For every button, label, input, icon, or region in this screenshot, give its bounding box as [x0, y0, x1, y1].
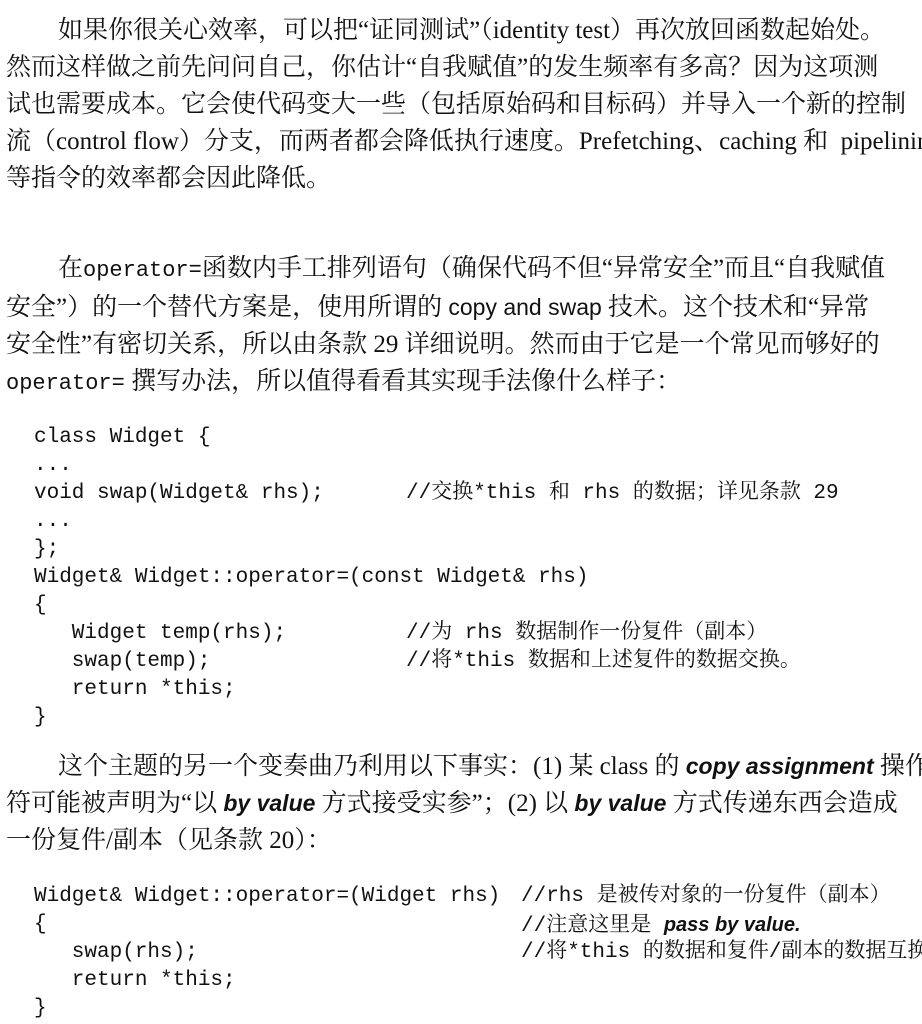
- text-line: 安全”）的一个替代方案是，使用所谓的 copy and swap 技术。这个技术…: [6, 289, 920, 326]
- text-line: 试也需要成本。它会使代码变大一些（包括原始码和目标码）并导入一个新的控制: [6, 86, 920, 123]
- code-comment: //为 rhs 数据制作一份复件（副本）: [406, 620, 767, 648]
- text-segment: //注意这里是: [521, 915, 664, 938]
- text-segment: //rhs 是被传对象的一份复件（副本）: [521, 885, 891, 908]
- code-line: }: [34, 704, 920, 732]
- code-text: Widget& Widget::operator=(const Widget& …: [34, 566, 589, 589]
- code-text: swap(rhs);: [34, 941, 198, 964]
- text-line: 等指令的效率都会因此降低。: [6, 160, 920, 197]
- text-line: 流（control flow）分支，而两者都会降低执行速度。Prefetchin…: [6, 123, 920, 160]
- text-segment: 操作: [874, 753, 922, 780]
- code-line: ...: [34, 452, 920, 480]
- text-segment: 如果你很关心效率，可以把“证同测试”（identity test）再次放回函数起…: [58, 17, 885, 44]
- text-line: 符可能被声明为“以 by value 方式接受实参”；(2) 以 by valu…: [6, 785, 920, 822]
- code-line: {//注意这里是 pass by value.: [34, 911, 920, 939]
- code-text: ...: [34, 510, 72, 533]
- code-text: return *this;: [34, 678, 236, 701]
- code-text: return *this;: [34, 969, 236, 992]
- code-line: return *this;: [34, 967, 920, 995]
- code-line: void swap(Widget& rhs);//交换*this 和 rhs 的…: [34, 480, 920, 508]
- text-segment: copy and swap: [448, 294, 601, 320]
- text-segment: //将*this 数据和上述复件的数据交换。: [406, 650, 801, 673]
- code-text: };: [34, 538, 59, 561]
- code-text: class Widget {: [34, 426, 210, 449]
- text-segment: 然而这样做之前先问问自己，你估计“自我赋值”的发生频率有多高？因为这项测: [6, 54, 878, 81]
- text-line: 在operator=函数内手工排列语句（确保代码不但“异常安全”而且“自我赋值: [6, 250, 920, 289]
- text-line: operator= 撰写办法，所以值得看看其实现手法像什么样子：: [6, 363, 920, 402]
- text-segment: 安全性”有密切关系，所以由条款 29 详细说明。然而由于它是一个常见而够好的: [6, 331, 880, 358]
- code-line: return *this;: [34, 676, 920, 704]
- text-segment: //交换*this 和 rhs 的数据；详见条款 29: [406, 482, 839, 505]
- text-segment: 等指令的效率都会因此降低。: [6, 165, 331, 192]
- code-block-swap-operator: class Widget {...void swap(Widget& rhs);…: [6, 424, 920, 732]
- code-line: }: [34, 995, 920, 1023]
- code-line: Widget temp(rhs);//为 rhs 数据制作一份复件（副本）: [34, 620, 920, 648]
- code-line: swap(rhs);//将*this 的数据和复件/副本的数据互换: [34, 939, 920, 967]
- text-segment: 技术。这个技术和“异常: [602, 294, 869, 321]
- code-text: ...: [34, 454, 72, 477]
- code-line: };: [34, 536, 920, 564]
- text-segment: 方式接受实参”；(2) 以: [315, 790, 574, 817]
- text-line: 然而这样做之前先问问自己，你估计“自我赋值”的发生频率有多高？因为这项测: [6, 49, 920, 86]
- code-line: class Widget {: [34, 424, 920, 452]
- code-text: swap(temp);: [34, 650, 210, 673]
- paragraph-copy-and-swap: 在operator=函数内手工排列语句（确保代码不但“异常安全”而且“自我赋值安…: [6, 250, 920, 402]
- text-line: 安全性”有密切关系，所以由条款 29 详细说明。然而由于它是一个常见而够好的: [6, 326, 920, 363]
- text-line: 如果你很关心效率，可以把“证同测试”（identity test）再次放回函数起…: [6, 12, 920, 49]
- text-segment: //将*this 的数据和复件/副本的数据互换: [521, 941, 922, 964]
- paragraph-identity-test: 如果你很关心效率，可以把“证同测试”（identity test）再次放回函数起…: [6, 12, 920, 197]
- code-text: Widget temp(rhs);: [34, 622, 286, 645]
- text-segment: operator=: [6, 371, 125, 396]
- code-comment: //注意这里是 pass by value.: [521, 911, 801, 941]
- text-segment: 试也需要成本。它会使代码变大一些（包括原始码和目标码）并导入一个新的控制: [6, 91, 906, 118]
- code-line: Widget& Widget::operator=(const Widget& …: [34, 564, 920, 592]
- text-segment: by value: [223, 790, 315, 816]
- book-page: 如果你很关心效率，可以把“证同测试”（identity test）再次放回函数起…: [0, 0, 922, 1023]
- text-segment: 符可能被声明为“以: [6, 790, 223, 817]
- code-text: Widget& Widget::operator=(Widget rhs): [34, 885, 500, 908]
- text-segment: 安全”）的一个替代方案是，使用所谓的: [6, 294, 448, 321]
- code-comment: //交换*this 和 rhs 的数据；详见条款 29: [406, 480, 839, 508]
- text-segment: 方式传递东西会造成: [666, 790, 897, 817]
- text-segment: 函数内手工排列语句（确保代码不但“异常安全”而且“自我赋值: [202, 255, 885, 282]
- code-text: }: [34, 997, 47, 1020]
- code-comment: //rhs 是被传对象的一份复件（副本）: [521, 883, 891, 911]
- text-segment: pass by value.: [664, 914, 801, 936]
- text-line: 一份复件/副本（见条款 20）：: [6, 822, 920, 859]
- paragraph-by-value-variation: 这个主题的另一个变奏曲乃利用以下事实：(1) 某 class 的 copy as…: [6, 748, 920, 859]
- text-segment: //为 rhs 数据制作一份复件（副本）: [406, 622, 767, 645]
- text-segment: 一份复件/副本（见条款 20）：: [6, 827, 332, 854]
- text-segment: copy assignment: [686, 753, 874, 779]
- text-segment: 这个主题的另一个变奏曲乃利用以下事实：(1) 某 class 的: [58, 753, 686, 780]
- code-line: Widget& Widget::operator=(Widget rhs)//r…: [34, 883, 920, 911]
- text-segment: operator=: [83, 258, 202, 283]
- code-text: {: [34, 594, 47, 617]
- code-comment: //将*this 的数据和复件/副本的数据互换: [521, 939, 922, 967]
- code-line: ...: [34, 508, 920, 536]
- text-segment: 流（control flow）分支，而两者都会降低执行速度。Prefetchin…: [6, 128, 922, 155]
- code-text: void swap(Widget& rhs);: [34, 482, 324, 505]
- text-segment: by value: [574, 790, 666, 816]
- code-line: swap(temp);//将*this 数据和上述复件的数据交换。: [34, 648, 920, 676]
- code-line: {: [34, 592, 920, 620]
- code-comment: //将*this 数据和上述复件的数据交换。: [406, 648, 801, 676]
- code-text: {: [34, 913, 47, 936]
- code-block-pass-by-value-operator: Widget& Widget::operator=(Widget rhs)//r…: [6, 883, 920, 1023]
- text-line: 这个主题的另一个变奏曲乃利用以下事实：(1) 某 class 的 copy as…: [6, 748, 920, 785]
- text-segment: 撰写办法，所以值得看看其实现手法像什么样子：: [125, 368, 681, 395]
- text-segment: 在: [58, 255, 83, 282]
- code-text: }: [34, 706, 47, 729]
